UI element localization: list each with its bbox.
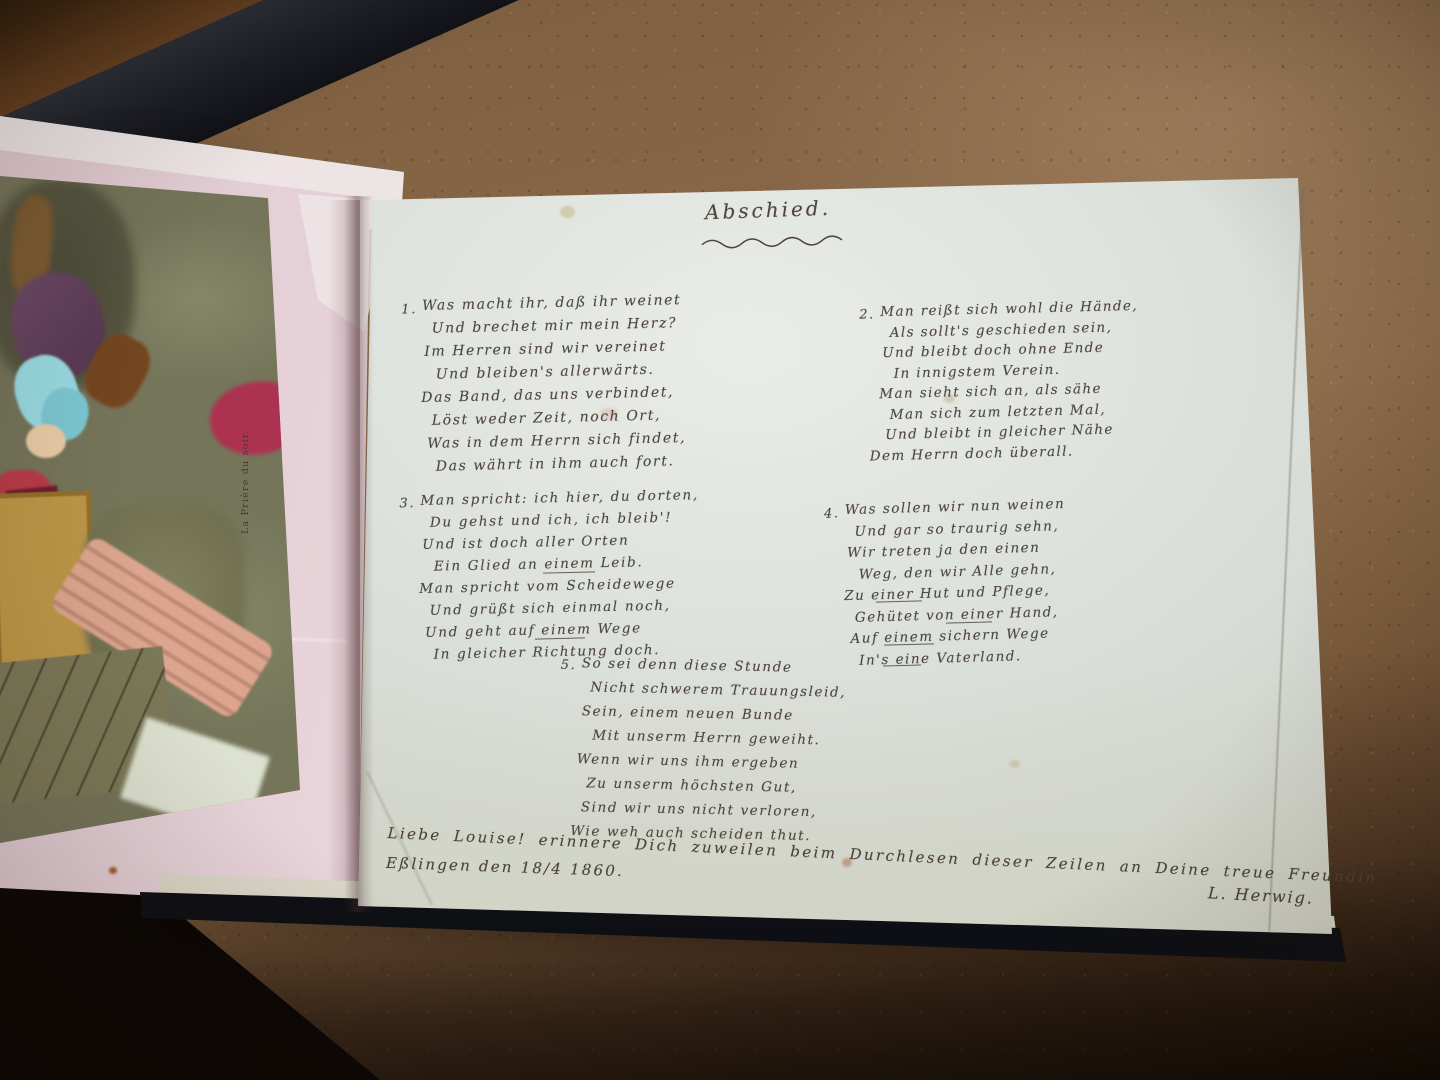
photo-of-open-album: La Prière du soir. Abschied. 1. Was mach…: [0, 0, 1440, 1080]
photo-vignette: [0, 0, 1440, 1080]
